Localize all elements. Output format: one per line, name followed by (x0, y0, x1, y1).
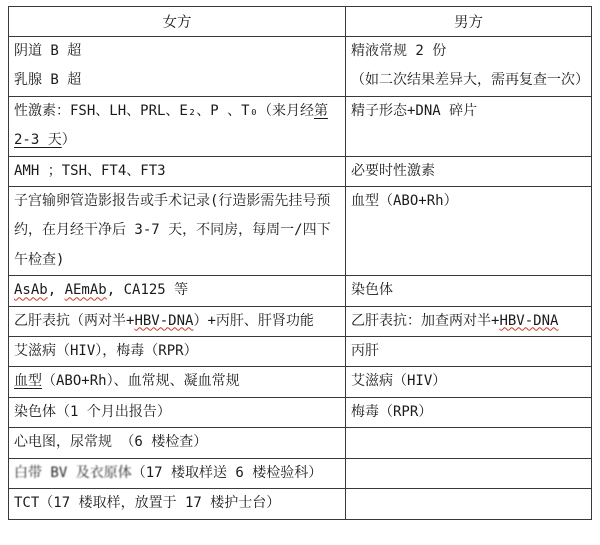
cell-line: 白带 BV 及衣原体（17 楼取样送 6 楼检验科） (14, 459, 340, 488)
cell-text: 子宫输卵管造影报告或手术记录(行造影需先挂号预约，在月经干净后 3-7 天，不同… (14, 193, 331, 268)
document-page: 女方 男方 阴道 B 超乳腺 B 超精液常规 2 份（如二次结果差异大，需再复查… (8, 6, 592, 520)
cell-text: HBV-DNA (499, 313, 558, 329)
cell-text: （如二次结果差异大，需再复查一次） (351, 72, 589, 88)
cell-line: 染色体 (351, 276, 586, 305)
cell-text: 乳腺 B 超 (14, 72, 81, 88)
cell-text: HBV-DNA (134, 313, 193, 329)
cell-text: 性激素：FSH、LH、PRL、E₂、P 、T₀（来月经 (14, 103, 314, 119)
cell-text: ） (62, 132, 76, 148)
table-row: 白带 BV 及衣原体（17 楼取样送 6 楼检验科） (9, 458, 592, 488)
cell-line: 染色体（1 个月出报告） (14, 398, 340, 427)
cell-line: AsAb, AEmAb, CA125 等 (14, 276, 340, 305)
cell-text: , (48, 282, 65, 298)
male-column-header: 男方 (346, 7, 592, 37)
cell-line: 子宫输卵管造影报告或手术记录(行造影需先挂号预约，在月经干净后 3-7 天，不同… (14, 187, 340, 275)
cell-line: TCT（17 楼取样，放置于 17 楼护士台） (14, 489, 340, 518)
cell-text: 染色体 (351, 282, 393, 298)
cell-text: 血型（ABO+Rh） (351, 193, 458, 209)
male-cell: 精子形态+DNA 碎片 (346, 96, 592, 156)
female-cell: 艾滋病（HIV），梅毒（RPR） (9, 337, 346, 367)
cell-line: 精液常规 2 份 (351, 37, 586, 66)
female-cell: 白带 BV 及衣原体（17 楼取样送 6 楼检验科） (9, 458, 346, 488)
female-cell: 染色体（1 个月出报告） (9, 397, 346, 427)
female-cell: AMH ；TSH、FT4、FT3 (9, 156, 346, 186)
female-cell: AsAb, AEmAb, CA125 等 (9, 276, 346, 306)
cell-text: ）+丙肝、肝肾功能 (193, 313, 313, 329)
cell-line: 乙肝表抗：加查两对半+HBV-DNA (351, 307, 586, 336)
male-cell: 乙肝表抗：加查两对半+HBV-DNA (346, 306, 592, 336)
cell-line: 艾滋病（HIV），梅毒（RPR） (14, 337, 340, 366)
table-row: 阴道 B 超乳腺 B 超精液常规 2 份（如二次结果差异大，需再复查一次） (9, 37, 592, 97)
male-cell: 梅毒（RPR） (346, 397, 592, 427)
cell-line (351, 459, 586, 488)
cell-text: AMH ；TSH、FT4、FT3 (14, 163, 166, 179)
female-cell: 血型（ABO+Rh）、血常规、凝血常规 (9, 367, 346, 397)
table-row: TCT（17 楼取样，放置于 17 楼护士台） (9, 489, 592, 519)
cell-line: AMH ；TSH、FT4、FT3 (14, 157, 340, 186)
female-cell: 乙肝表抗（两对半+HBV-DNA）+丙肝、肝肾功能 (9, 306, 346, 336)
cell-text: （17 楼取样送 6 楼检验科） (132, 465, 323, 481)
cell-text: 血型 (14, 373, 42, 389)
cell-text: 艾滋病（HIV），梅毒（RPR） (14, 343, 198, 359)
male-cell: 精液常规 2 份（如二次结果差异大，需再复查一次） (346, 37, 592, 97)
cell-text: 乙肝表抗（两对半+ (14, 313, 134, 329)
cell-line: 乙肝表抗（两对半+HBV-DNA）+丙肝、肝肾功能 (14, 307, 340, 336)
cell-text: 乙肝表抗：加查两对半+ (351, 313, 499, 329)
female-column-header: 女方 (9, 7, 346, 37)
cell-text: 精子形态+DNA 碎片 (351, 103, 477, 119)
table-row: 艾滋病（HIV），梅毒（RPR）丙肝 (9, 337, 592, 367)
cell-text: 白带 BV 及衣原体 (14, 465, 132, 481)
cell-text: （ABO+Rh）、血常规、凝血常规 (42, 373, 240, 389)
cell-text: AEmAb (65, 282, 107, 298)
table-row: 乙肝表抗（两对半+HBV-DNA）+丙肝、肝肾功能乙肝表抗：加查两对半+HBV-… (9, 306, 592, 336)
cell-line: 血型（ABO+Rh） (351, 187, 586, 216)
table-row: AMH ；TSH、FT4、FT3必要时性激素 (9, 156, 592, 186)
male-cell: 血型（ABO+Rh） (346, 187, 592, 276)
cell-line: 阴道 B 超 (14, 37, 340, 66)
cell-line: 血型（ABO+Rh）、血常规、凝血常规 (14, 367, 340, 396)
cell-line: 梅毒（RPR） (351, 398, 586, 427)
male-cell: 艾滋病（HIV） (346, 367, 592, 397)
cell-text: 心电图，尿常规 （6 楼检查） (14, 434, 207, 450)
cell-text: AsAb (14, 282, 48, 298)
male-cell (346, 489, 592, 519)
cell-text: , CA125 等 (107, 282, 188, 298)
checklist-header: 女方 男方 (9, 7, 592, 37)
cell-line: 精子形态+DNA 碎片 (351, 97, 586, 126)
cell-text: 丙肝 (351, 343, 379, 359)
male-cell (346, 458, 592, 488)
cell-line: 必要时性激素 (351, 157, 586, 186)
cell-text: TCT（17 楼取样，放置于 17 楼护士台） (14, 495, 280, 511)
male-cell (346, 428, 592, 458)
cell-text: 阴道 B 超 (14, 43, 81, 59)
male-cell: 染色体 (346, 276, 592, 306)
female-cell: 性激素：FSH、LH、PRL、E₂、P 、T₀（来月经第 2-3 天） (9, 96, 346, 156)
cell-text: 染色体（1 个月出报告） (14, 404, 171, 420)
cell-text: 必要时性激素 (351, 163, 435, 179)
female-cell: 心电图，尿常规 （6 楼检查） (9, 428, 346, 458)
cell-text: 艾滋病（HIV） (351, 373, 446, 389)
female-cell: 阴道 B 超乳腺 B 超 (9, 37, 346, 97)
cell-line (351, 489, 586, 518)
table-row: AsAb, AEmAb, CA125 等染色体 (9, 276, 592, 306)
table-row: 血型（ABO+Rh）、血常规、凝血常规艾滋病（HIV） (9, 367, 592, 397)
cell-line: 丙肝 (351, 337, 586, 366)
male-cell: 丙肝 (346, 337, 592, 367)
cell-line: 艾滋病（HIV） (351, 367, 586, 396)
table-row: 性激素：FSH、LH、PRL、E₂、P 、T₀（来月经第 2-3 天）精子形态+… (9, 96, 592, 156)
cell-text: 梅毒（RPR） (351, 404, 432, 420)
female-cell: TCT（17 楼取样，放置于 17 楼护士台） (9, 489, 346, 519)
checklist-table: 女方 男方 阴道 B 超乳腺 B 超精液常规 2 份（如二次结果差异大，需再复查… (8, 6, 592, 520)
cell-text: 精液常规 2 份 (351, 43, 446, 59)
male-cell: 必要时性激素 (346, 156, 592, 186)
cell-line: （如二次结果差异大，需再复查一次） (351, 66, 586, 95)
cell-line (351, 428, 586, 457)
cell-line: 心电图，尿常规 （6 楼检查） (14, 428, 340, 457)
table-row: 子宫输卵管造影报告或手术记录(行造影需先挂号预约，在月经干净后 3-7 天，不同… (9, 187, 592, 276)
table-row: 心电图，尿常规 （6 楼检查） (9, 428, 592, 458)
female-cell: 子宫输卵管造影报告或手术记录(行造影需先挂号预约，在月经干净后 3-7 天，不同… (9, 187, 346, 276)
table-row: 染色体（1 个月出报告）梅毒（RPR） (9, 397, 592, 427)
checklist-body: 阴道 B 超乳腺 B 超精液常规 2 份（如二次结果差异大，需再复查一次）性激素… (9, 37, 592, 520)
header-row: 女方 男方 (9, 7, 592, 37)
cell-line: 性激素：FSH、LH、PRL、E₂、P 、T₀（来月经第 2-3 天） (14, 97, 340, 156)
cell-line: 乳腺 B 超 (14, 66, 340, 95)
